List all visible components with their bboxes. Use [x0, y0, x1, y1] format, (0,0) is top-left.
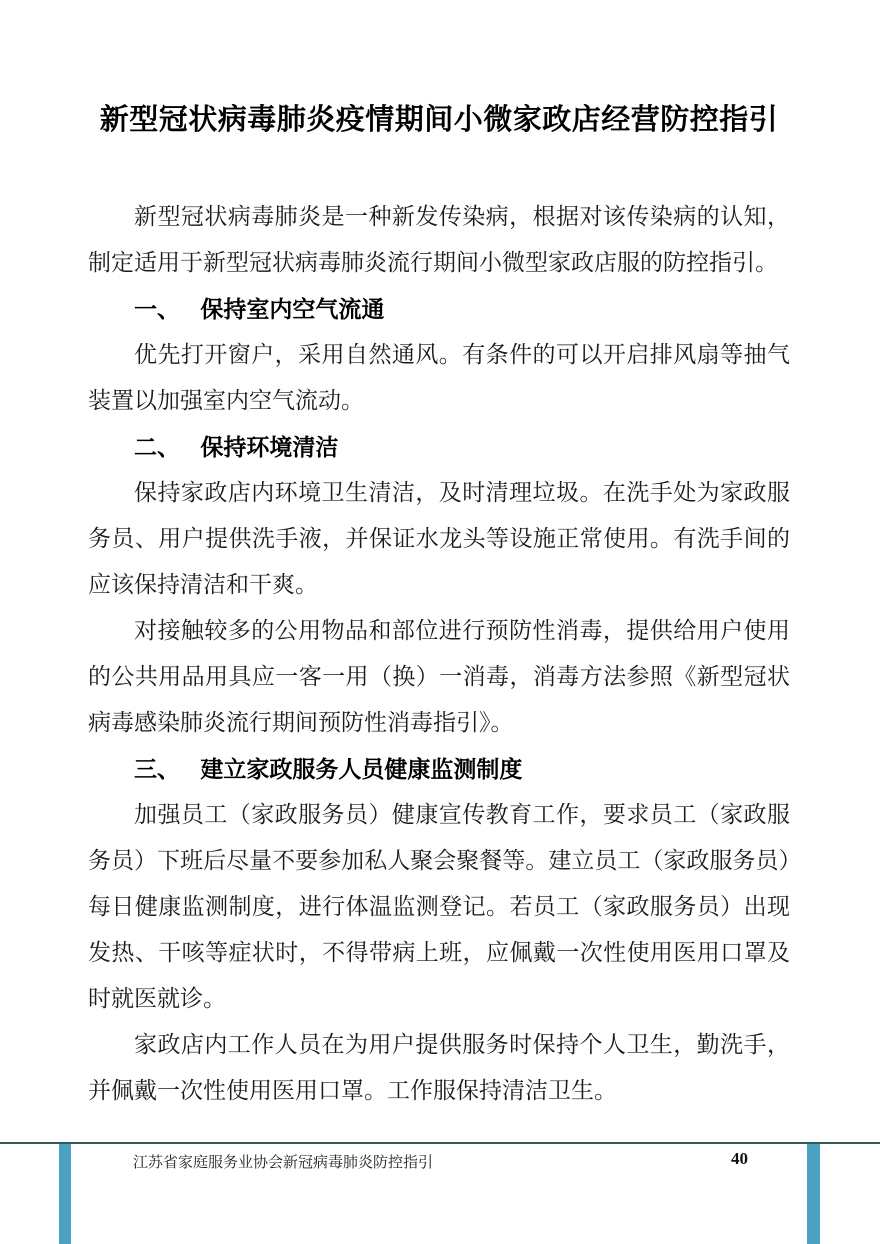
section-1-paragraph-1: 优先打开窗户，采用自然通风。有条件的可以开启排风扇等抽气装置以加强室内空气流动。 [88, 332, 790, 424]
section-3-title: 建立家政服务人员健康监测制度 [200, 756, 522, 782]
section-3-number: 三、 [134, 756, 180, 782]
page-title: 新型冠状病毒肺炎疫情期间小微家政店经营防控指引 [88, 96, 790, 144]
section-3-paragraph-2: 家政店内工作人员在为用户提供服务时保持个人卫生，勤洗手，并佩戴一次性使用医用口罩… [88, 1022, 790, 1114]
section-2-paragraph-1: 保持家政店内环境卫生清洁，及时清理垃圾。在洗手处为家政服务员、用户提供洗手液，并… [88, 470, 790, 608]
intro-paragraph: 新型冠状病毒肺炎是一种新发传染病，根据对该传染病的认知，制定适用于新型冠状病毒肺… [88, 194, 790, 286]
section-heading-3: 三、 建立家政服务人员健康监测制度 [88, 746, 790, 792]
section-2-title: 保持环境清洁 [200, 434, 338, 460]
section-1-number: 一、 [134, 296, 180, 322]
footer-divider [0, 1142, 880, 1144]
left-accent-bar [59, 1144, 71, 1244]
section-2-paragraph-2: 对接触较多的公用物品和部位进行预防性消毒，提供给用户使用的公共用品用具应一客一用… [88, 608, 790, 746]
section-3-paragraph-1: 加强员工（家政服务员）健康宣传教育工作，要求员工（家政服务员）下班后尽量不要参加… [88, 792, 790, 1022]
section-1-title: 保持室内空气流通 [200, 296, 384, 322]
document-body: 新型冠状病毒肺炎疫情期间小微家政店经营防控指引 新型冠状病毒肺炎是一种新发传染病… [88, 0, 790, 1114]
document-page: 新型冠状病毒肺炎疫情期间小微家政店经营防控指引 新型冠状病毒肺炎是一种新发传染病… [0, 0, 880, 1244]
section-2-number: 二、 [134, 434, 180, 460]
footer-text: 江苏省家庭服务业协会新冠病毒肺炎防控指引 [133, 1151, 433, 1172]
section-heading-1: 一、 保持室内空气流通 [88, 286, 790, 332]
section-heading-2: 二、 保持环境清洁 [88, 424, 790, 470]
right-accent-bar [807, 1144, 820, 1244]
page-number: 40 [731, 1149, 748, 1169]
